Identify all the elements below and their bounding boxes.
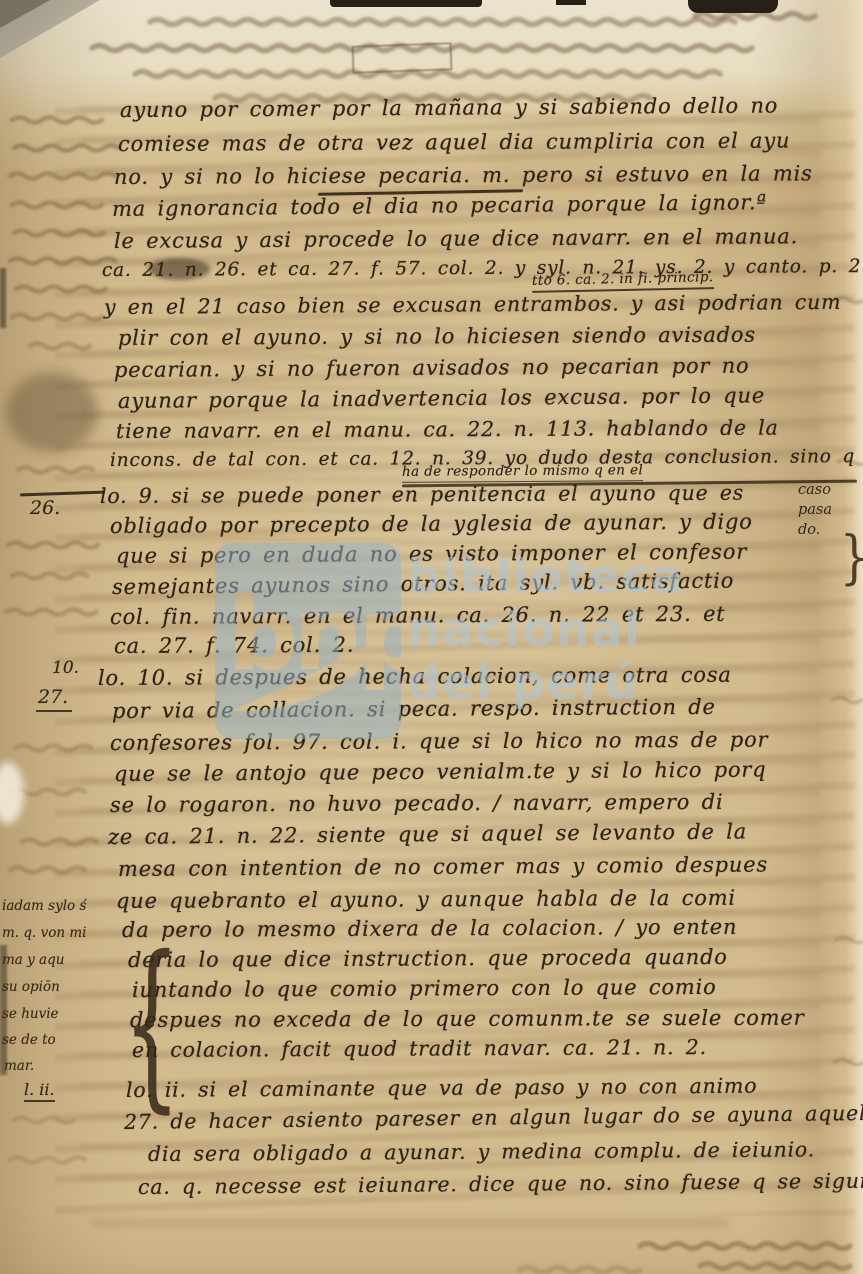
- manuscript-line: mesa con intention de no comer mas y com…: [118, 854, 768, 880]
- watermark-line: del perú: [407, 657, 684, 710]
- paper-highlight: [0, 762, 24, 824]
- manuscript-line: 27. de hacer asiento pareser en algun lu…: [124, 1103, 863, 1133]
- margin-gloss-line: su opiōn: [2, 979, 60, 995]
- right-margin-note: do.: [798, 522, 820, 538]
- manuscript-line: plir con el ayuno. y si no lo hiciesen s…: [118, 325, 756, 349]
- bnp-logo-watermark: bnp: [215, 543, 401, 739]
- scan-edge-mark: [556, 0, 586, 5]
- margin-brace: {: [123, 932, 181, 1114]
- manuscript-line: deria lo que dice instruction. que proce…: [128, 947, 728, 971]
- manuscript-line: y en el 21 caso bien se excusan entrambo…: [104, 292, 841, 318]
- margin-number: 27.: [36, 686, 72, 712]
- interlinear-note: tto 6. ca. 2. in fi. princip.: [532, 269, 714, 293]
- watermark-line: biblioteca: [407, 551, 684, 604]
- manuscript-line: no. y si no lo hiciese pecaria. m. pero …: [114, 163, 813, 188]
- margin-number: l. ii.: [24, 1080, 55, 1102]
- manuscript-page: ayuno por comer por la mañana y si sabie…: [0, 0, 863, 1274]
- margin-gloss-line: m. q. von mi: [2, 925, 86, 941]
- manuscript-line: le excusa y asi procede lo que dice nava…: [114, 226, 798, 252]
- manuscript-line: despues no exceda de lo que comunm.te se…: [130, 1008, 804, 1031]
- manuscript-line: ayuno por comer por la mañana y si sabie…: [120, 95, 778, 121]
- margin-gloss-line: mar.: [4, 1058, 34, 1074]
- scan-edge-mark: [688, 0, 778, 13]
- margin-gloss-line: se huvie: [2, 1006, 59, 1022]
- page-edge-mark: [0, 268, 6, 328]
- margin-gloss-line: se de to: [2, 1032, 56, 1048]
- margin-gloss-line: ma y aqu: [2, 952, 64, 968]
- manuscript-line: pecarian. y si no fueron avisados no pec…: [114, 356, 750, 381]
- manuscript-line: dia sera obligado a ayunar. y medina com…: [148, 1139, 815, 1164]
- bleedthrough-box-outline: [352, 42, 453, 73]
- interlinear-note: ha de responder lo mismo q en el: [402, 462, 643, 483]
- manuscript-line: ca. 21. n. 26. et ca. 27. f. 57. col. 2.…: [102, 258, 863, 281]
- margin-number: 26.: [30, 497, 60, 519]
- manuscript-line: obligado por precepto de la yglesia de a…: [110, 512, 753, 537]
- manuscript-line: iuntando lo que comio primero con lo que…: [132, 977, 717, 1001]
- manuscript-line: tiene navarr. en el manu. ca. 22. n. 113…: [116, 418, 779, 442]
- manuscript-line: lo. ii. si el caminante que va de paso y…: [126, 1076, 758, 1101]
- manuscript-line: da pero lo mesmo dixera de la colacion. …: [122, 917, 737, 941]
- ink-smudge: [6, 372, 98, 452]
- right-margin-note: pasa: [798, 502, 832, 518]
- manuscript-line: que se le antojo que peco venialm.te y s…: [114, 759, 767, 785]
- manuscript-line: se lo rogaron. no huvo pecado. / navarr,…: [110, 792, 724, 816]
- manuscript-line: ma ignorancia todo el dia no pecaria por…: [112, 192, 767, 220]
- margin-number: 10.: [52, 658, 79, 678]
- manuscript-line: confesores fol. 97. col. i. que si lo hi…: [110, 730, 768, 754]
- manuscript-line: ze ca. 21. n. 22. siente que si aquel se…: [108, 821, 747, 848]
- manuscript-line: en colacion. facit quod tradit navar. ca…: [132, 1037, 707, 1061]
- manuscript-line: ayunar porque la inadvertencia los excus…: [118, 385, 765, 412]
- manuscript-line: comiese mas de otra vez aquel dia cumpli…: [118, 130, 790, 155]
- scan-edge-mark: [330, 0, 482, 7]
- text-brace: }: [840, 528, 863, 586]
- margin-gloss-line: iadam sylo ś: [2, 898, 86, 914]
- watermark-line: nacional: [407, 604, 684, 657]
- watermark-text: biblioteca nacional del perú: [407, 551, 684, 710]
- right-margin-note: caso: [798, 482, 831, 498]
- margin-squiggle-underline: [20, 491, 105, 496]
- manuscript-line: que quebranto el ayuno. y aunque habla d…: [116, 888, 736, 912]
- manuscript-line: ca. q. necesse est ieiunare. dice que no…: [138, 1171, 863, 1198]
- crease-shadow: [90, 1218, 730, 1228]
